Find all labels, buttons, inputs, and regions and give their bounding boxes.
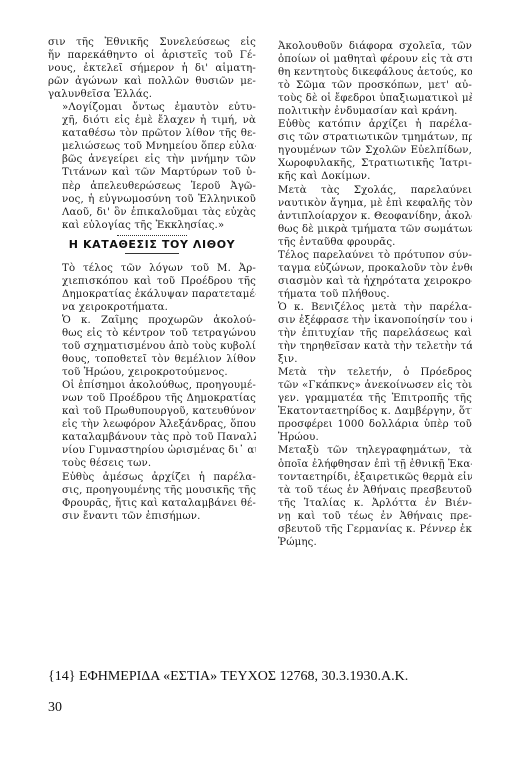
text-line: τοῦ Ἡρώου, χειροκροτούμενος. xyxy=(48,366,256,379)
text-line: τῆς ἐνταῦθα φρουρᾶς. xyxy=(264,236,472,249)
text-line: πὲρ ἀπελευθερώσεως Ἱεροῦ Ἀγῶ- xyxy=(48,180,256,193)
paragraph: Ὁ κ. Βενιζέλος μετὰ τὴν παρέλα-σιν ἐξέφρ… xyxy=(264,301,472,366)
text-line: θως εἰς τὸ κέντρον τοῦ τετραγώνου xyxy=(48,327,256,340)
text-line: κῆς καὶ Δοκίμων. xyxy=(264,170,472,183)
text-line: καὶ εὐλογίας τῆς Ἐκκλησίας.» xyxy=(48,219,256,232)
text-line: τὴν ἐπιτυχίαν τῆς παρελάσεως καὶ xyxy=(264,327,472,340)
text-line: σις τῶν στρατιωτικῶν τμημάτων, προ- xyxy=(264,131,472,144)
text-line: Ῥώμης. xyxy=(264,536,472,549)
paragraph: Ἀκολουθοῦν διάφορα σχολεῖα, τῶνὁποίων οἱ… xyxy=(264,40,472,118)
text-line: ὁποίων οἱ μαθηταὶ φέρουν εἰς τὰ στή- xyxy=(264,53,472,66)
text-line: τονταετηρίδι, ἐξαιρετικῶς θερμὰ εἶνε xyxy=(264,471,472,484)
text-line: πολιτικὴν ἐνδυμασίαν καὶ κράνη. xyxy=(264,105,472,118)
text-line: καταλαμβάνουν τὰς πρὸ τοῦ Παναλλη- xyxy=(48,431,256,444)
section-heading: Η ΚΑΤΑΘΕΣΙΣ ΤΟΥ ΛΙΘΟΥ xyxy=(48,238,256,251)
text-line: γεν. γραμματέα τῆς Ἐπιτροπῆς τῆς xyxy=(264,392,472,405)
text-line: τὰ τοῦ τέως ἐν Ἀθήναις πρεσβευτοῦ xyxy=(264,484,472,497)
text-line: ἀντιπλοίαρχον κ. Θεοφανίδην, ἀκολού- xyxy=(264,210,472,223)
text-line: ρῶν ἀγώνων καὶ πολλῶν θυσιῶν με- xyxy=(48,75,256,88)
text-line: ταγμα εὐζώνων, προκαλοῦν τὸν ἐνθου- xyxy=(264,262,472,275)
text-line: Ἑκατονταετηρίδος κ. Δαμβέργην, ὅτι xyxy=(264,405,472,418)
text-line: καταθέσω τὸν πρῶτον λίθον τῆς θε- xyxy=(48,127,256,140)
text-line: Τιτάνων καὶ τῶν Μαρτύρων τοῦ ὑ- xyxy=(48,166,256,179)
text-line: θη κεντητοὺς δικεφάλους ἀετούς, καὶ xyxy=(264,66,472,79)
text-line: τὸ Σῶμα τῶν προσκόπων, μετ' αὐ- xyxy=(264,79,472,92)
text-line: προσφέρει 1000 δολλάρια ὑπὲρ τοῦ xyxy=(264,418,472,431)
text-line: σιν τῆς Ἐθνικῆς Συνελεύσεως εἰς xyxy=(48,36,256,49)
text-line: τήματα τοῦ πλήθους. xyxy=(264,288,472,301)
paragraph: Τέλος παρελαύνει τὸ πρότυπον σύν-ταγμα ε… xyxy=(264,249,472,301)
text-line: βῶς ἀνεγείρει εἰς τὴν μνήμην τῶν xyxy=(48,153,256,166)
text-line: καὶ τοῦ Πρωθυπουργοῦ, κατευθύνονται xyxy=(48,405,256,418)
footnote-caption: {14} ΕΦΗΜΕΡΙΔΑ «ΕΣΤΙΑ» ΤΕΥΧΟΣ 12768, 30.… xyxy=(48,669,408,685)
text-line: να χειροκροτήματα. xyxy=(48,301,256,314)
right-column: Ἀκολουθοῦν διάφορα σχολεῖα, τῶνὁποίων οἱ… xyxy=(264,40,472,549)
text-line: Οἱ ἐπίσημοι ἀκολούθως, προηγουμέ- xyxy=(48,379,256,392)
text-line: ξιν. xyxy=(264,353,472,366)
page-number: 30 xyxy=(48,700,62,716)
text-line: χῆ, διότι εἰς ἐμὲ ἔλαχεν ἡ τιμή, νὰ xyxy=(48,114,256,127)
text-line: θους, τοποθετεῖ τὸν θεμέλιον λίθον xyxy=(48,353,256,366)
paragraph: Μετὰ τὴν τελετήν, ὁ Πρόεδροςτῶν «Γκάπκνς… xyxy=(264,366,472,444)
text-line: σιν ἐξέφρασε τὴν ἱκανοποίησίν του διὰ xyxy=(264,314,472,327)
text-line: ναυτικὸν ἄγημα, μὲ ἐπὶ κεφαλῆς τὸν xyxy=(264,197,472,210)
text-line: τὴν τηρηθεῖσαν κατὰ τὴν τελετὴν τά- xyxy=(264,340,472,353)
paragraph: Εὐθὺς ἀμέσως ἀρχίζει ἡ παρέλα-σις, προηγ… xyxy=(48,471,256,523)
text-line: χιεπισκόπου καὶ τοῦ Προέδρου τῆς xyxy=(48,275,256,288)
text-line: Εὐθὺς κατόπιν ἀρχίζει ἡ παρέλα- xyxy=(264,118,472,131)
text-line: νίου Γυμναστηρίου ὡρισμένας δι᾽ αὐ- xyxy=(48,444,256,457)
dotted-rule xyxy=(117,235,187,236)
paragraph: Μεταξὺ τῶν τηλεγραφημάτων, τὰὁποῖα ἐλήφθ… xyxy=(264,444,472,548)
text-line: τῆς Ἰταλίας κ. Ἀρλόττα ἐν Βιέν- xyxy=(264,497,472,510)
text-line: τοῦ σχηματισμένου ἀπὸ τοὺς κυβολί- xyxy=(48,340,256,353)
paragraph: Εὐθὺς κατόπιν ἀρχίζει ἡ παρέλα-σις τῶν σ… xyxy=(264,118,472,183)
paragraph: »Λογίζομαι ὄντως ἐμαυτὸν εὐτυ-χῆ, διότι … xyxy=(48,101,256,231)
text-line: σις, προηγουμένης τῆς μουσικῆς τῆς xyxy=(48,484,256,497)
text-line: Ἡρώου. xyxy=(264,431,472,444)
text-line: »Λογίζομαι ὄντως ἐμαυτὸν εὐτυ- xyxy=(48,101,256,114)
text-line: ὁποῖα ἐλήφθησαν ἐπὶ τῇ ἐθνικῇ Ἑκα- xyxy=(264,458,472,471)
paragraph: σιν τῆς Ἐθνικῆς Συνελεύσεως εἰςἥν παρεκά… xyxy=(48,36,256,101)
text-line: Τέλος παρελαύνει τὸ πρότυπον σύν- xyxy=(264,249,472,262)
text-line: Εὐθὺς ἀμέσως ἀρχίζει ἡ παρέλα- xyxy=(48,471,256,484)
text-line: τῶν «Γκάπκνς» ἀνεκοίνωσεν εἰς τὸν xyxy=(264,379,472,392)
text-line: Ὁ κ. Ζαΐμης προχωρῶν ἀκολού- xyxy=(48,314,256,327)
text-line: τοὺς δὲ οἱ ἔφεδροι ὑπαξιωματικοὶ μὲ xyxy=(264,92,472,105)
text-line: σιν ἔναντι τῶν ἐπισήμων. xyxy=(48,510,256,523)
left-column: σιν τῆς Ἐθνικῆς Συνελεύσεως εἰςἥν παρεκά… xyxy=(48,36,256,523)
paragraph: Ὁ κ. Ζαΐμης προχωρῶν ἀκολού-θως εἰς τὸ κ… xyxy=(48,314,256,379)
text-line: Ἀκολουθοῦν διάφορα σχολεῖα, τῶν xyxy=(264,40,472,53)
newspaper-clipping: σιν τῆς Ἐθνικῆς Συνελεύσεως εἰςἥν παρεκά… xyxy=(48,36,480,646)
text-line: τοὺς θέσεις των. xyxy=(48,457,256,470)
text-line: Μετὰ τὰς Σχολάς, παρελαύνει xyxy=(264,184,472,197)
text-line: μελιώσεως τοῦ Μνημείου ὅπερ εὐλα- xyxy=(48,140,256,153)
paragraph: Τὸ τέλος τῶν λόγων τοῦ Μ. Ἀρ-χιεπισκόπου… xyxy=(48,262,256,314)
text-line: νους, ἐκτελεῖ σήμερον ἡ δι' αἱματη- xyxy=(48,62,256,75)
text-line: σβευτοῦ τῆς Γερμανίας κ. Ρέννερ ἐκ xyxy=(264,523,472,536)
text-line: νῃ καὶ τοῦ τέως ἐν Ἀθήναις πρε- xyxy=(264,510,472,523)
text-line: ἥν παρεκάθηντο οἱ ἀριστεῖς τοῦ Γέ- xyxy=(48,49,256,62)
text-line: εἰς τὴν λεωφόρον Ἀλεξάνδρας, ὅπου xyxy=(48,418,256,431)
text-line: σιασμὸν καὶ τὰ ἠχηρότατα χειροκρο- xyxy=(264,275,472,288)
text-line: ηγουμένων τῶν Σχολῶν Εὐελπίδων, xyxy=(264,144,472,157)
paragraph: Μετὰ τὰς Σχολάς, παρελαύνειναυτικὸν ἄγημ… xyxy=(264,184,472,249)
text-line: Λαοῦ, δι' ὃν ἐπικαλοῦμαι τὰς εὐχὰς xyxy=(48,206,256,219)
text-line: Φρουρᾶς, ἥτις καὶ καταλαμβάνει θέ- xyxy=(48,497,256,510)
text-line: Μετὰ τὴν τελετήν, ὁ Πρόεδρος xyxy=(264,366,472,379)
text-line: νος, ἡ εὐγνωμοσύνη τοῦ Ἑλληνικοῦ xyxy=(48,193,256,206)
text-line: Δημοκρατίας ἐκάλυψαν παρατεταμέ- xyxy=(48,288,256,301)
text-line: Τὸ τέλος τῶν λόγων τοῦ Μ. Ἀρ- xyxy=(48,262,256,275)
text-line: Μεταξὺ τῶν τηλεγραφημάτων, τὰ xyxy=(264,444,472,457)
text-line: γαλυνθεῖσα Ἑλλάς. xyxy=(48,88,256,101)
text-line: Ὁ κ. Βενιζέλος μετὰ τὴν παρέλα- xyxy=(264,301,472,314)
paragraph: Οἱ ἐπίσημοι ἀκολούθως, προηγουμέ-νων τοῦ… xyxy=(48,379,256,470)
heading-underline xyxy=(125,253,179,254)
text-line: νων τοῦ Προέδρου τῆς Δημοκρατίας xyxy=(48,392,256,405)
text-line: Χωροφυλακῆς, Στρατιωτικῆς Ἰατρι- xyxy=(264,157,472,170)
text-line: θως δὲ μικρὰ τμήματα τῶν σωμάτων xyxy=(264,223,472,236)
